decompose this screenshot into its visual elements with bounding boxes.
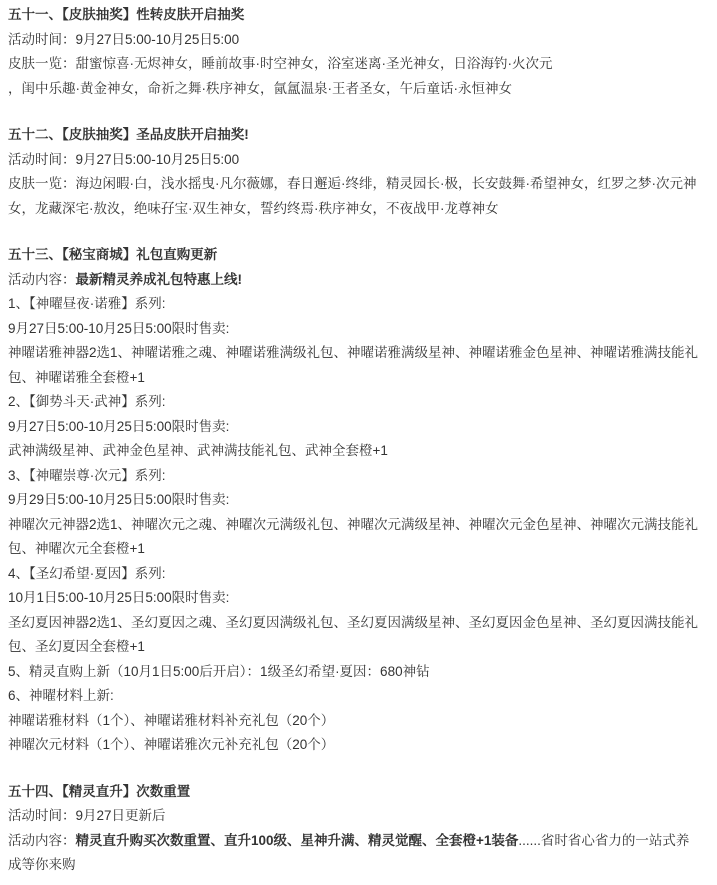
section-treasure-shop-53: 五十三、【秘宝商城】礼包直购更新 活动内容：最新精灵养成礼包特惠上线! 1、【神…	[8, 243, 709, 758]
item-6-material-line-1: 神曜诺雅材料（1个）、神曜诺雅材料补充礼包（20个）	[8, 709, 709, 734]
section-53-heading: 五十三、【秘宝商城】礼包直购更新	[8, 243, 709, 268]
series-4-sale-period: 10月1日5:00-10月25日5:00限时售卖:	[8, 586, 709, 611]
section-skin-lottery-52: 五十二、【皮肤抽奖】圣品皮肤开启抽奖! 活动时间：9月27日5:00-10月25…	[8, 123, 709, 221]
announcement-document: 五十一、【皮肤抽奖】性转皮肤开启抽奖 活动时间：9月27日5:00-10月25日…	[0, 0, 717, 878]
section-52-skin-list-line-1: 皮肤一览：海边闲暇·白，浅水摇曳·凡尔薇娜，春日邂逅·终绯，精灵园长·极，长安鼓…	[8, 172, 709, 197]
series-2-pack-list: 武神满级星神、武神金色星神、武神满技能礼包、武神全套橙+1	[8, 439, 709, 464]
series-3-pack-list-line-2: 包、神曜次元全套橙+1	[8, 537, 709, 562]
event-content-highlight: 最新精灵养成礼包特惠上线!	[76, 272, 243, 287]
section-skin-lottery-51: 五十一、【皮肤抽奖】性转皮肤开启抽奖 活动时间：9月27日5:00-10月25日…	[8, 3, 709, 101]
section-54-heading: 五十四、【精灵直升】次数重置	[8, 780, 709, 805]
series-3-pack-list-line-1: 神曜次元神器2选1、神曜次元之魂、神曜次元满级礼包、神曜次元满级星神、神曜次元金…	[8, 513, 709, 538]
event-content-label: 活动内容：	[8, 833, 76, 848]
section-51-skin-list-line-1: 皮肤一览：甜蜜惊喜·无烬神女，睡前故事·时空神女，浴室迷离·圣光神女，日浴海钓·…	[8, 52, 709, 77]
series-3-sale-period: 9月29日5:00-10月25日5:00限时售卖:	[8, 488, 709, 513]
section-52-skin-list-line-2: 女，龙藏深宅·敖汷，绝味孖宝·双生神女，誓约终焉·秩序神女，不夜战甲·龙尊神女	[8, 197, 709, 222]
section-53-event-content: 活动内容：最新精灵养成礼包特惠上线!	[8, 268, 709, 293]
series-2-title: 2、【御势斗天·武神】系列:	[8, 390, 709, 415]
event-content-tail: ......省时省心省力的一站式养	[518, 833, 689, 848]
series-1-pack-list-line-2: 包、神曜诺雅全套橙+1	[8, 366, 709, 391]
section-54-event-time: 活动时间：9月27日更新后	[8, 804, 709, 829]
item-6-material-line-2: 神曜次元材料（1个）、神曜诺雅次元补充礼包（20个）	[8, 733, 709, 758]
series-4-pack-list-line-1: 圣幻夏因神器2选1、圣幻夏因之魂、圣幻夏因满级礼包、圣幻夏因满级星神、圣幻夏因金…	[8, 611, 709, 636]
item-5-direct-purchase: 5、精灵直购上新（10月1日5:00后开启）：1级圣幻希望·夏因：680神钻	[8, 660, 709, 685]
series-4-pack-list-line-2: 包、圣幻夏因全套橙+1	[8, 635, 709, 660]
section-52-event-time: 活动时间：9月27日5:00-10月25日5:00	[8, 148, 709, 173]
event-content-label: 活动内容：	[8, 272, 76, 287]
section-51-event-time: 活动时间：9月27日5:00-10月25日5:00	[8, 28, 709, 53]
section-52-heading: 五十二、【皮肤抽奖】圣品皮肤开启抽奖!	[8, 123, 709, 148]
event-content-highlight: 精灵直升购买次数重置、直升100级、星神升满、精灵觉醒、全套橙+1装备	[76, 833, 519, 848]
series-1-sale-period: 9月27日5:00-10月25日5:00限时售卖:	[8, 317, 709, 342]
section-54-event-content: 活动内容：精灵直升购买次数重置、直升100级、星神升满、精灵觉醒、全套橙+1装备…	[8, 829, 709, 854]
announcement-page: { "page": { "background_color": "#ffffff…	[0, 0, 717, 885]
section-54-event-content-line-2: 成等你来购	[8, 853, 709, 878]
section-51-heading: 五十一、【皮肤抽奖】性转皮肤开启抽奖	[8, 3, 709, 28]
section-sprite-boost-54: 五十四、【精灵直升】次数重置 活动时间：9月27日更新后 活动内容：精灵直升购买…	[8, 780, 709, 878]
section-51-skin-list-line-2: ，闺中乐趣·黄金神女，命祈之舞·秩序神女，氤氲温泉·王者圣女，午后童话·永恒神女	[8, 77, 709, 102]
item-6-material-title: 6、神曜材料上新:	[8, 684, 709, 709]
series-1-title: 1、【神曜昼夜·诺雅】系列:	[8, 292, 709, 317]
series-4-title: 4、【圣幻希望·夏因】系列:	[8, 562, 709, 587]
series-3-title: 3、【神曜崇尊·次元】系列:	[8, 464, 709, 489]
series-1-pack-list-line-1: 神曜诺雅神器2选1、神曜诺雅之魂、神曜诺雅满级礼包、神曜诺雅满级星神、神曜诺雅金…	[8, 341, 709, 366]
series-2-sale-period: 9月27日5:00-10月25日5:00限时售卖:	[8, 415, 709, 440]
